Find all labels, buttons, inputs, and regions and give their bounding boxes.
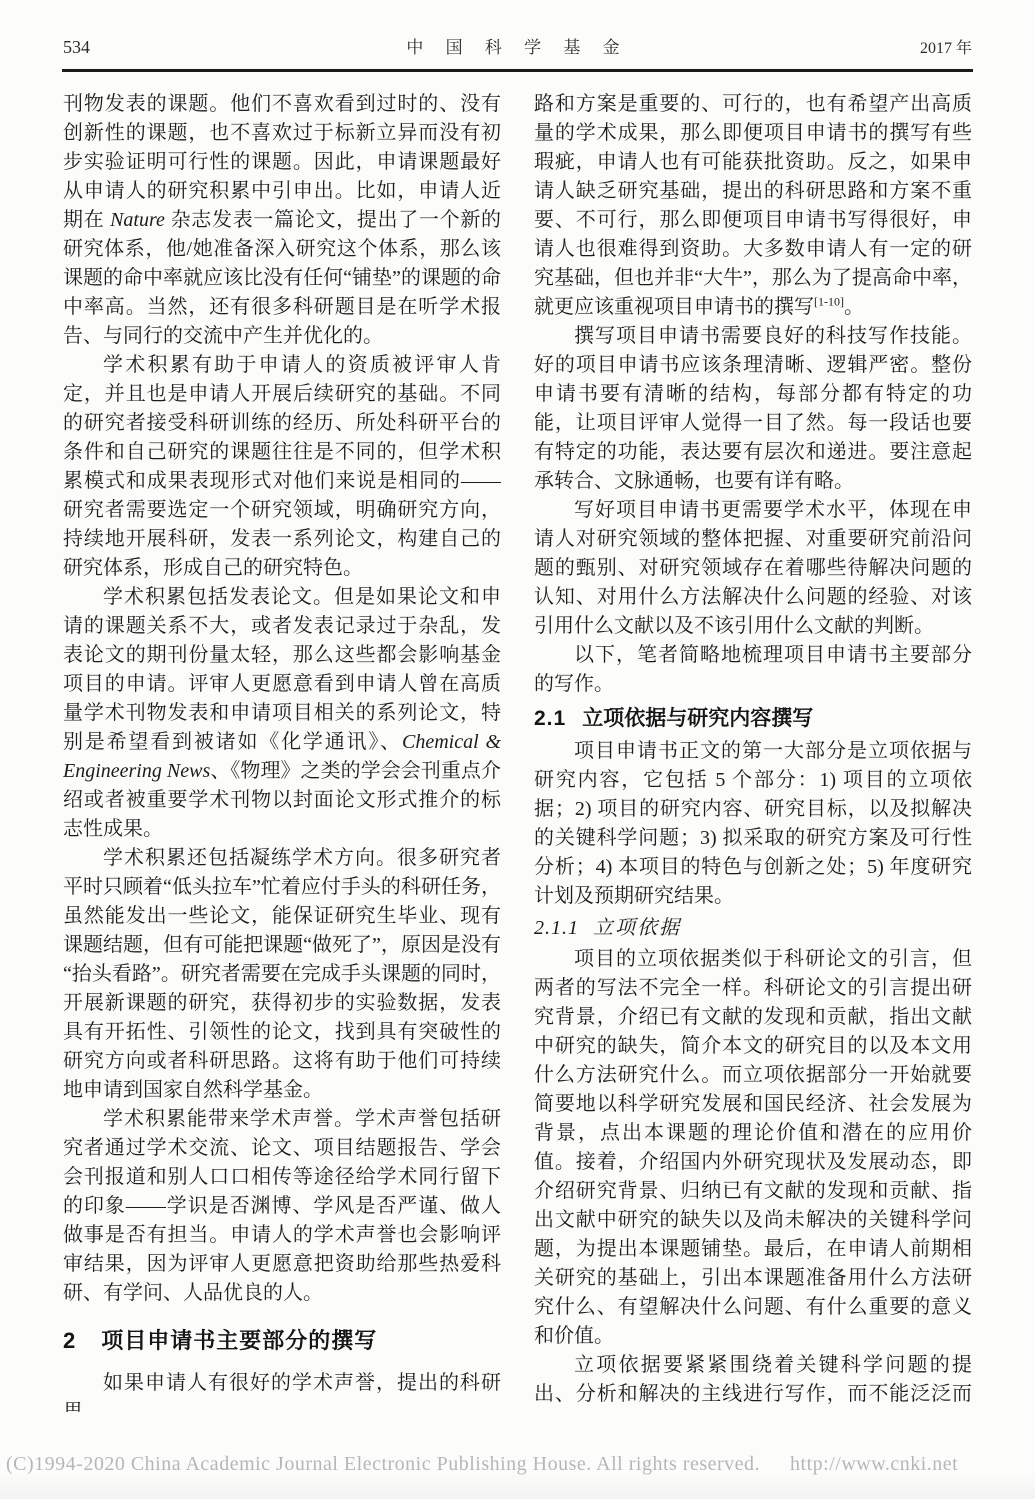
- page-number: 534: [63, 37, 290, 58]
- paragraph: 撰写项目申请书需要良好的科技写作技能。好的项目申请书应该条理清晰、逻辑严密。整份…: [534, 322, 972, 496]
- heading-title: 立项依据与研究内容撰写: [582, 707, 813, 730]
- text-run: 项目的立项依据类似于科研论文的引言，但两者的写法不完全一样。科研论文的引言提出研…: [534, 948, 972, 1347]
- paragraph: 刊物发表的课题。他们不喜欢看到过时的、没有创新性的课题，也不喜欢过于标新立异而没…: [63, 90, 501, 351]
- paragraph: 以下，笔者简略地梳理项目申请书主要部分的写作。: [534, 641, 972, 699]
- text-run: 。: [844, 296, 864, 318]
- subsubsection-heading: 2.1.1立项依据: [534, 914, 972, 943]
- running-head: 534 中 国 科 学 基 金 2017 年: [63, 33, 972, 58]
- heading-number: 2: [63, 1328, 75, 1353]
- paragraph: 写好项目申请书更需要学术水平，体现在申请人对研究领域的整体把握、对重要研究前沿问…: [534, 496, 972, 641]
- paragraph: 学术积累还包括凝练学术方向。很多研究者平时只顾着“低头拉车”忙着应付手头的科研任…: [63, 844, 501, 1105]
- heading-number: 2.1: [534, 707, 566, 730]
- copyright-notice: (C)1994-2020 China Academic Journal Elec…: [6, 1453, 760, 1475]
- paragraph: 如果申请人有很好的学术声誉，提出的科研思: [63, 1369, 501, 1412]
- issue-year: 2017 年: [745, 35, 972, 58]
- body-text: 刊物发表的课题。他们不喜欢看到过时的、没有创新性的课题，也不喜欢过于标新立异而没…: [63, 90, 972, 1412]
- paragraph: 项目申请书正文的第一大部分是立项依据与研究内容，它包括 5 个部分：1) 项目的…: [534, 737, 972, 911]
- heading-number: 2.1.1: [534, 917, 579, 939]
- text-run: 学术积累有助于申请人的资质被评审人肯定，并且也是申请人开展后续研究的基础。不同的…: [63, 354, 501, 579]
- paragraph: 项目的立项依据类似于科研论文的引言，但两者的写法不完全一样。科研论文的引言提出研…: [534, 945, 972, 1351]
- text-run: 学术积累还包括凝练学术方向。很多研究者平时只顾着“低头拉车”忙着应付手头的科研任…: [63, 847, 501, 1101]
- text-run: 写好项目申请书更需要学术水平，体现在申请人对研究领域的整体把握、对重要研究前沿问…: [534, 499, 972, 637]
- left-column: 刊物发表的课题。他们不喜欢看到过时的、没有创新性的课题，也不喜欢过于标新立异而没…: [63, 90, 501, 1412]
- text-run: 路和方案是重要的、可行的，也有希望产出高质量的学术成果，那么即便项目申请书的撰写…: [534, 93, 972, 318]
- text-run: 如果申请人有很好的学术声誉，提出的科研思: [63, 1372, 501, 1412]
- text-run: 学术积累能带来学术声誉。学术声誉包括研究者通过学术交流、论文、项目结题报告、学会…: [63, 1108, 501, 1304]
- paragraph: 学术积累能带来学术声誉。学术声誉包括研究者通过学术交流、论文、项目结题报告、学会…: [63, 1105, 501, 1308]
- cnki-url: http://www.cnki.net: [790, 1453, 958, 1475]
- header-rule: [62, 69, 973, 72]
- journal-page-scan: 534 中 国 科 学 基 金 2017 年 刊物发表的课题。他们不喜欢看到过时…: [0, 0, 1035, 1499]
- journal-title: 中 国 科 学 基 金: [290, 33, 745, 58]
- section-heading: 2项目申请书主要部分的撰写: [63, 1326, 501, 1356]
- citation-superscript: [1-10]: [814, 294, 844, 308]
- text-run: 学术积累包括发表论文。但是如果论文和申请的课题关系不大，或者发表记录过于杂乱，发…: [63, 586, 501, 753]
- heading-title: 立项依据: [593, 917, 681, 939]
- text-run: 立项依据要紧紧围绕着关键科学问题的提出、分析和解决的主线进行写作，而不能泛泛而谈…: [534, 1354, 972, 1412]
- watermark-footer: (C)1994-2020 China Academic Journal Elec…: [6, 1452, 1035, 1476]
- text-run: 项目申请书正文的第一大部分是立项依据与研究内容，它包括 5 个部分：1) 项目的…: [534, 740, 972, 907]
- subsection-heading: 2.1立项依据与研究内容撰写: [534, 704, 972, 734]
- heading-title: 项目申请书主要部分的撰写: [101, 1328, 377, 1353]
- paragraph: 立项依据要紧紧围绕着关键科学问题的提出、分析和解决的主线进行写作，而不能泛泛而谈…: [534, 1351, 972, 1412]
- text-run: 以下，笔者简略地梳理项目申请书主要部分的写作。: [534, 644, 972, 695]
- text-run: 撰写项目申请书需要良好的科技写作技能。好的项目申请书应该条理清晰、逻辑严密。整份…: [534, 325, 972, 492]
- italic-latin-text: Nature: [110, 209, 165, 231]
- paragraph: 学术积累包括发表论文。但是如果论文和申请的课题关系不大，或者发表记录过于杂乱，发…: [63, 583, 501, 844]
- paragraph: 学术积累有助于申请人的资质被评审人肯定，并且也是申请人开展后续研究的基础。不同的…: [63, 351, 501, 583]
- paragraph: 路和方案是重要的、可行的，也有希望产出高质量的学术成果，那么即便项目申请书的撰写…: [534, 90, 972, 322]
- right-column: 路和方案是重要的、可行的，也有希望产出高质量的学术成果，那么即便项目申请书的撰写…: [534, 90, 972, 1412]
